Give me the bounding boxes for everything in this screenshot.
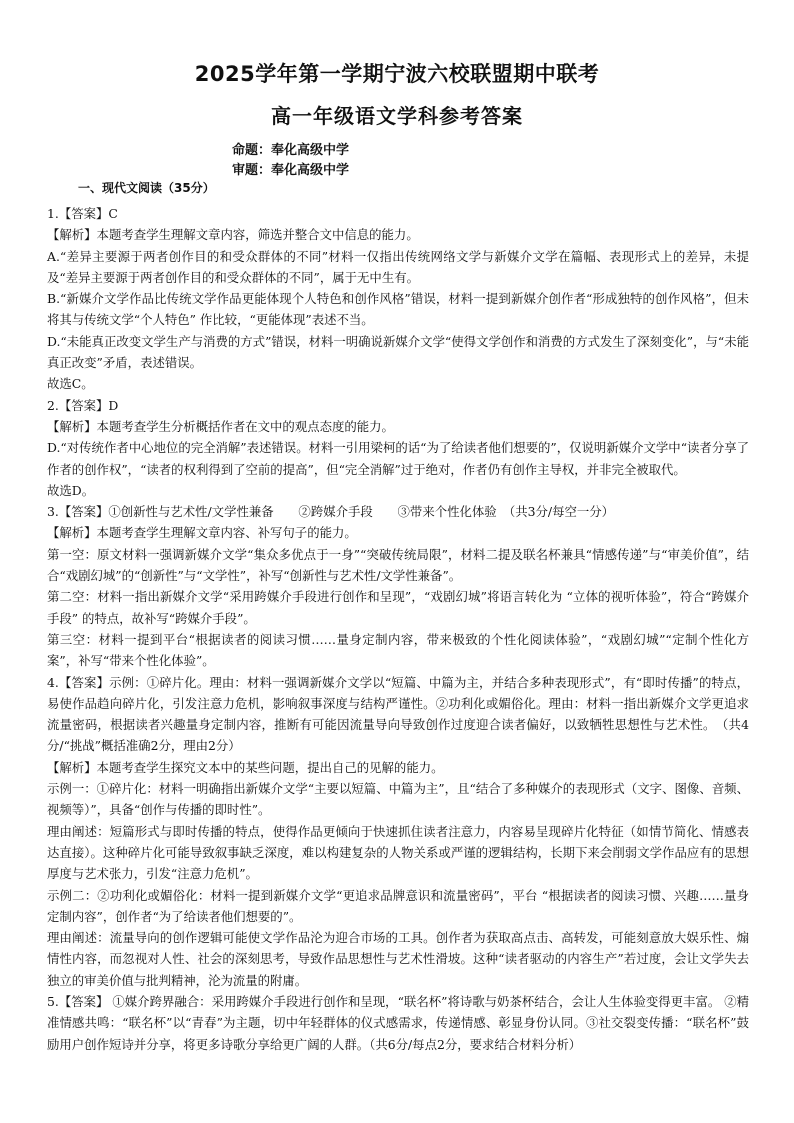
q3-analysis: 【解析】本题考查学生理解文章内容、补写句子的能力。 [47, 522, 749, 543]
q3-blank-1: 第一空：原文材料一强调新媒介文学“集众多优点于一身”“突破传统局限”，材料二提及… [47, 544, 749, 587]
q1-option-b: B.“新媒介文学作品比传统文学作品更能体现个人特色和创作风格”错误，材料一提到新… [47, 288, 749, 331]
q4-answer: 4.【答案】示例：①碎片化。理由：材料一强调新媒介文学以“短篇、中篇为主，并结合… [47, 672, 749, 757]
q1-answer: 1.【答案】C [47, 203, 749, 224]
q1-option-a: A.“差异主要源于两者创作目的和受众群体的不同”材料一仅指出传统网络文学与新媒介… [47, 246, 749, 289]
q5-answer: 5.【答案】 ①媒介跨界融合：采用跨媒介手段进行创作和呈现，“联名杯”将诗歌与奶… [47, 991, 749, 1055]
q4-analysis: 【解析】本题考查学生探究文本中的某些问题，提出自己的见解的能力。 [47, 757, 749, 778]
answer-body: 1.【答案】C 【解析】本题考查学生理解文章内容，筛选并整合文中信息的能力。 A… [47, 203, 749, 1055]
q3-answer: 3.【答案】①创新性与艺术性/文学性兼备 ②跨媒介手段 ③带来个性化体验 （共3… [47, 501, 749, 522]
q2-option-d: D.“对传统作者中心地位的完全消解”表述错误。材料一引用梁柯的话“为了给读者他们… [47, 437, 749, 480]
q4-reason-1: 理由阐述：短篇形式与即时传播的特点，使得作品更倾向于快速抓住读者注意力，内容易呈… [47, 821, 749, 885]
section-heading: 一、现代文阅读（35分） [78, 179, 215, 196]
q4-reason-2: 理由阐述：流量导向的创作逻辑可能使文学作品沦为迎合市场的工具。创作者为获取高点击… [47, 927, 749, 991]
q1-conclusion: 故选C。 [47, 373, 749, 394]
q2-conclusion: 故选D。 [47, 480, 749, 501]
q1-analysis: 【解析】本题考查学生理解文章内容，筛选并整合文中信息的能力。 [47, 224, 749, 245]
q4-example-2: 示例二：②功利化或媚俗化：材料一提到新媒介文学“更追求品牌意识和流量密码”，平台… [47, 885, 749, 928]
q3-blank-3: 第三空：材料一提到平台“根据读者的阅读习惯……量身定制内容，带来极致的个性化阅读… [47, 629, 749, 672]
q1-option-d: D.“未能真正改变文学生产与消费的方式”错误，材料一明确说新媒介文学“使得文学创… [47, 331, 749, 374]
document-subtitle: 高一年级语文学科参考答案 [0, 100, 794, 129]
question-setter: 命题：奉化高级中学 [232, 139, 349, 158]
document-title: 2025学年第一学期宁波六校联盟期中联考 [0, 58, 794, 88]
question-reviewer: 审题：奉化高级中学 [232, 159, 349, 178]
q3-blank-2: 第二空：材料一指出新媒介文学“采用跨媒介手段进行创作和呈现”，“戏剧幻城”将语言… [47, 586, 749, 629]
q2-analysis: 【解析】本题考查学生分析概括作者在文中的观点态度的能力。 [47, 416, 749, 437]
q4-example-1: 示例一：①碎片化：材料一明确指出新媒介文学“主要以短篇、中篇为主”，且“结合了多… [47, 778, 749, 821]
q2-answer: 2.【答案】D [47, 395, 749, 416]
